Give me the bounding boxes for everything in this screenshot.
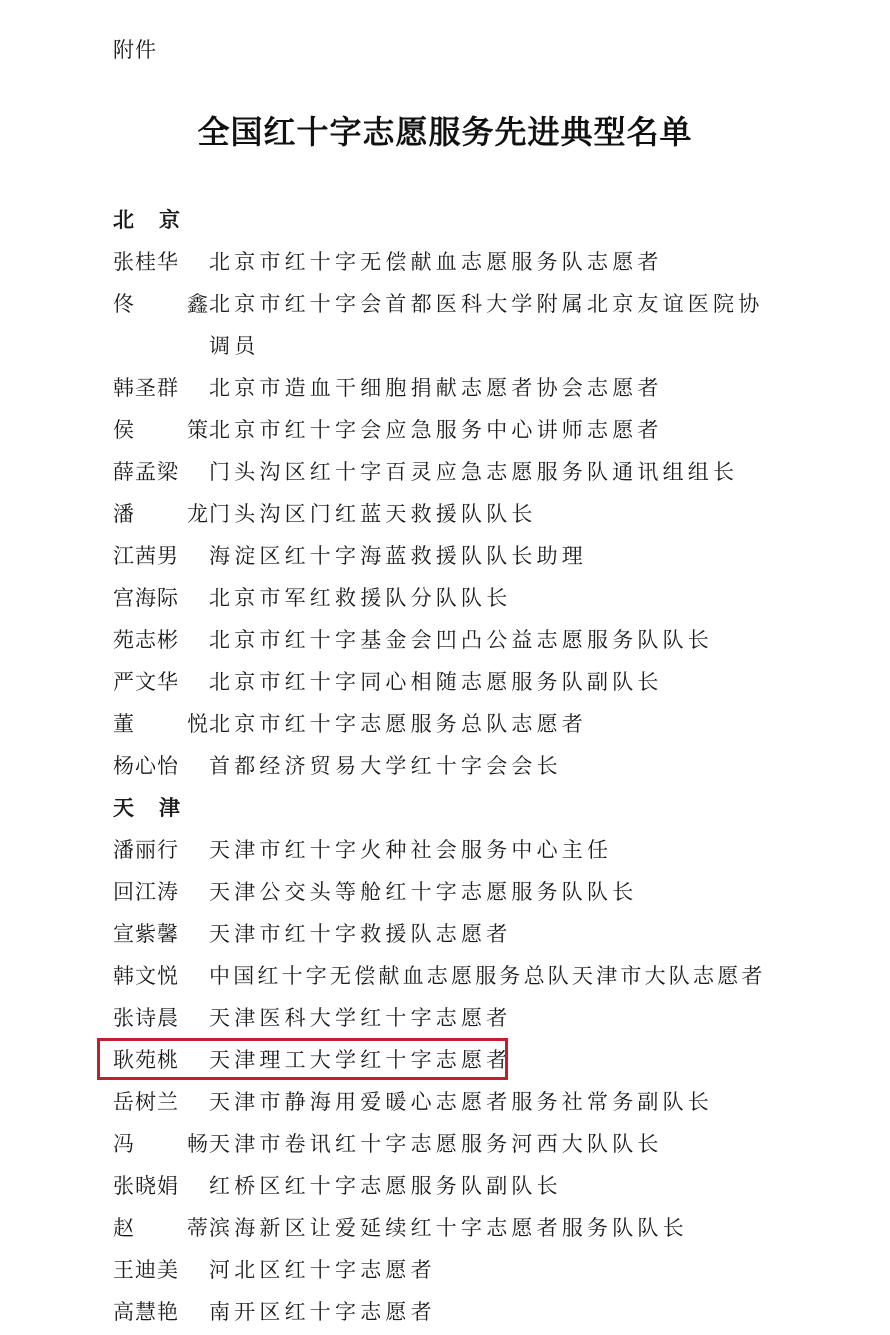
list-item: 赵 蒂 滨海新区让爱延续红十字志愿者服务队队长	[113, 1207, 813, 1249]
honoree-name: 潘丽行	[113, 829, 209, 871]
honoree-title: 天津市静海用爱暖心志愿者服务社常务副队长	[209, 1081, 769, 1123]
region-heading-tianjin: 天 津	[113, 787, 813, 829]
list-item: 张诗晨 天津医科大学红十字志愿者	[113, 997, 813, 1039]
honoree-title: 首都经济贸易大学红十字会会长	[209, 745, 769, 787]
honoree-title: 河北区红十字志愿者	[209, 1249, 769, 1291]
honoree-name: 韩文悦	[113, 955, 209, 997]
honoree-name: 高慧艳	[113, 1291, 209, 1333]
honoree-title: 天津医科大学红十字志愿者	[209, 997, 769, 1039]
list-item: 高慧艳 南开区红十字志愿者	[113, 1291, 813, 1333]
region-heading-beijing: 北 京	[113, 199, 813, 241]
honoree-name-char: 董	[113, 703, 135, 745]
honoree-name-char: 策	[187, 409, 209, 451]
attachment-label: 附件	[113, 36, 157, 64]
honoree-name: 耿苑桃	[113, 1039, 209, 1081]
list-item: 潘丽行 天津市红十字火种社会服务中心主任	[113, 829, 813, 871]
honoree-name-char: 悦	[187, 703, 209, 745]
honoree-name: 王迪美	[113, 1249, 209, 1291]
list-item: 张晓娟 红桥区红十字志愿服务队副队长	[113, 1165, 813, 1207]
honoree-title: 门头沟区红十字百灵应急志愿服务队通讯组组长	[209, 451, 769, 493]
honoree-title: 海淀区红十字海蓝救援队队长助理	[209, 535, 769, 577]
list-item: 董 悦 北京市红十字志愿服务总队志愿者	[113, 703, 813, 745]
honoree-title: 天津公交头等舱红十字志愿服务队队长	[209, 871, 769, 913]
list-item: 韩圣群 北京市造血干细胞捐献志愿者协会志愿者	[113, 367, 813, 409]
honoree-name: 杨心怡	[113, 745, 209, 787]
list-item: 岳树兰 天津市静海用爱暖心志愿者服务社常务副队长	[113, 1081, 813, 1123]
list-item: 宫海际 北京市军红救援队分队队长	[113, 577, 813, 619]
honoree-name: 赵 蒂	[113, 1207, 209, 1249]
honoree-title: 天津理工大学红十字志愿者	[209, 1039, 769, 1081]
honoree-name-char: 冯	[113, 1123, 135, 1165]
honoree-name: 宣紫馨	[113, 913, 209, 955]
honoree-name: 江茜男	[113, 535, 209, 577]
honoree-name: 佟 鑫	[113, 283, 209, 325]
honoree-title: 北京市红十字志愿服务总队志愿者	[209, 703, 769, 745]
region-heading-char: 津	[159, 787, 183, 829]
honoree-title: 南开区红十字志愿者	[209, 1291, 769, 1333]
honoree-title: 门头沟区门红蓝天救援队队长	[209, 493, 769, 535]
honoree-name: 苑志彬	[113, 619, 209, 661]
list-item: 杨心怡 首都经济贸易大学红十字会会长	[113, 745, 813, 787]
honoree-name-char: 佟	[113, 283, 135, 325]
honoree-title: 北京市红十字无偿献血志愿服务队志愿者	[209, 241, 769, 283]
honoree-name: 潘 龙	[113, 493, 209, 535]
list-item: 王迪美 河北区红十字志愿者	[113, 1249, 813, 1291]
honoree-title: 滨海新区让爱延续红十字志愿者服务队队长	[209, 1207, 769, 1249]
region-heading-char: 北	[113, 199, 137, 241]
list-item: 张桂华 北京市红十字无偿献血志愿服务队志愿者	[113, 241, 813, 283]
list-item: 宣紫馨 天津市红十字救援队志愿者	[113, 913, 813, 955]
honoree-name: 张诗晨	[113, 997, 209, 1039]
honoree-name-char: 龙	[187, 493, 209, 535]
honoree-name: 严文华	[113, 661, 209, 703]
honoree-name: 岳树兰	[113, 1081, 209, 1123]
region-heading-char: 天	[113, 787, 137, 829]
list-item: 韩文悦 中国红十字无偿献血志愿服务总队天津市大队志愿者	[113, 955, 813, 997]
honoree-name-char: 赵	[113, 1207, 135, 1249]
list-item: 严文华 北京市红十字同心相随志愿服务队副队长	[113, 661, 813, 703]
list-item: 潘 龙 门头沟区门红蓝天救援队队长	[113, 493, 813, 535]
document-title: 全国红十字志愿服务先进典型名单	[0, 111, 890, 153]
honoree-name-char: 潘	[113, 493, 135, 535]
honoree-name: 薛孟梁	[113, 451, 209, 493]
honoree-title: 北京市红十字同心相随志愿服务队副队长	[209, 661, 769, 703]
honoree-title: 北京市红十字基金会凹凸公益志愿服务队队长	[209, 619, 769, 661]
honoree-name: 张桂华	[113, 241, 209, 283]
honoree-title: 北京市造血干细胞捐献志愿者协会志愿者	[209, 367, 769, 409]
honoree-name-char: 畅	[187, 1123, 209, 1165]
honoree-title: 北京市红十字会首都医科大学附属北京友谊医院协调员	[209, 283, 769, 367]
honoree-title: 北京市军红救援队分队队长	[209, 577, 769, 619]
honoree-name-char: 鑫	[187, 283, 209, 325]
honoree-name: 张晓娟	[113, 1165, 209, 1207]
honoree-name: 宫海际	[113, 577, 209, 619]
honoree-list: 北 京 张桂华 北京市红十字无偿献血志愿服务队志愿者 佟 鑫 北京市红十字会首都…	[113, 199, 813, 1333]
honoree-title: 天津市红十字火种社会服务中心主任	[209, 829, 769, 871]
honoree-name: 董 悦	[113, 703, 209, 745]
list-item: 侯 策 北京市红十字会应急服务中心讲师志愿者	[113, 409, 813, 451]
honoree-name: 韩圣群	[113, 367, 209, 409]
region-heading-char: 京	[159, 199, 183, 241]
list-item: 佟 鑫 北京市红十字会首都医科大学附属北京友谊医院协调员	[113, 283, 813, 367]
list-item: 回江涛 天津公交头等舱红十字志愿服务队队长	[113, 871, 813, 913]
list-item: 冯 畅 天津市卷讯红十字志愿服务河西大队队长	[113, 1123, 813, 1165]
honoree-name: 侯 策	[113, 409, 209, 451]
honoree-title: 北京市红十字会应急服务中心讲师志愿者	[209, 409, 769, 451]
honoree-name: 回江涛	[113, 871, 209, 913]
honoree-title: 天津市红十字救援队志愿者	[209, 913, 769, 955]
honoree-name-char: 侯	[113, 409, 135, 451]
honoree-name: 冯 畅	[113, 1123, 209, 1165]
honoree-title: 天津市卷讯红十字志愿服务河西大队队长	[209, 1123, 769, 1165]
highlighted-list-item: 耿苑桃 天津理工大学红十字志愿者	[113, 1039, 813, 1081]
honoree-title: 红桥区红十字志愿服务队副队长	[209, 1165, 769, 1207]
list-item: 江茜男 海淀区红十字海蓝救援队队长助理	[113, 535, 813, 577]
list-item: 苑志彬 北京市红十字基金会凹凸公益志愿服务队队长	[113, 619, 813, 661]
honoree-name-char: 蒂	[187, 1207, 209, 1249]
honoree-title: 中国红十字无偿献血志愿服务总队天津市大队志愿者	[209, 955, 769, 997]
list-item: 薛孟梁 门头沟区红十字百灵应急志愿服务队通讯组组长	[113, 451, 813, 493]
